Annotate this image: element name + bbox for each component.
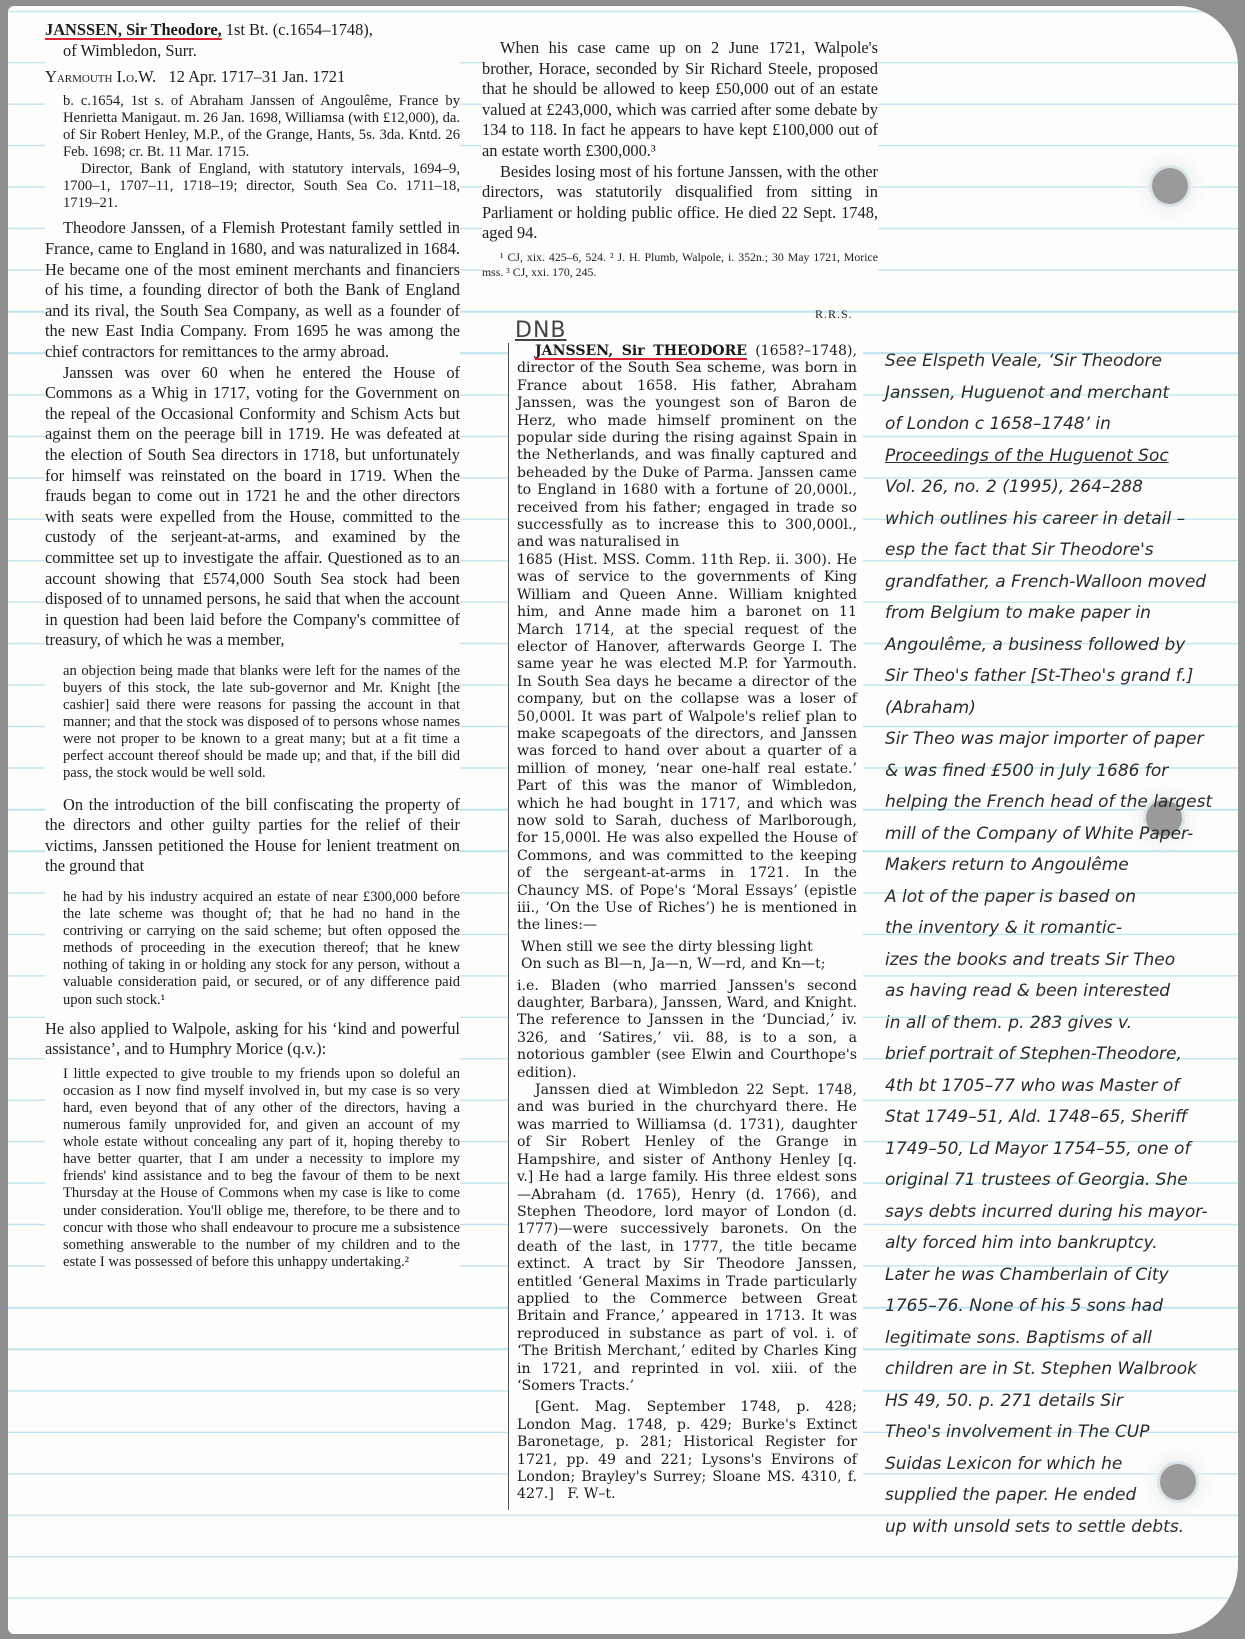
note-line: helping the French head of the largest bbox=[885, 787, 1215, 819]
note-line: the inventory & it romantic- bbox=[885, 913, 1215, 945]
note-line: as having read & been interested bbox=[885, 976, 1215, 1008]
note-line: supplied the paper. He ended bbox=[885, 1480, 1215, 1512]
note-line: says debts incurred during his mayor- bbox=[885, 1197, 1215, 1229]
note-line: Sir Theo's father [St-Theo's grand f.] (… bbox=[885, 661, 1215, 724]
note-line: Vol. 26, no. 2 (1995), 264–288 bbox=[885, 472, 1215, 504]
dnb-clipping: JANSSEN, Sir THEODORE (1658?–1748), dire… bbox=[508, 343, 863, 1510]
note-line: 4th bt 1705–77 who was Master of bbox=[885, 1071, 1215, 1103]
note-line: 1749–50, Ld Mayor 1754–55, one of bbox=[885, 1134, 1215, 1166]
block-quote-1: an objection being made that blanks were… bbox=[45, 663, 460, 783]
note-line: Sir Theo was major importer of paper bbox=[885, 724, 1215, 756]
offices-paragraph: Director, Bank of England, with statutor… bbox=[45, 161, 460, 212]
note-line: See Elspeth Veale, ‘Sir Theodore bbox=[885, 346, 1215, 378]
note-line: original 71 trustees of Georgia. She bbox=[885, 1165, 1215, 1197]
note-line: grandfather, a French-Walloon moved bbox=[885, 567, 1215, 599]
note-line: mill of the Company of White Paper- bbox=[885, 819, 1215, 851]
dnb-paragraph-2: i.e. Bladen (who married Janssen's secon… bbox=[517, 978, 857, 1082]
binder-hole-top bbox=[1152, 168, 1188, 204]
dnb-verse-line-1: When still we see the dirty blessing lig… bbox=[517, 939, 857, 956]
handwritten-note: See Elspeth Veale, ‘Sir Theodore Janssen… bbox=[885, 346, 1215, 1543]
hop-entry-column-1: JANSSEN, Sir Theodore, 1st Bt. (c.1654–1… bbox=[45, 20, 460, 1271]
dnb-heading-paragraph: JANSSEN, Sir THEODORE (1658?–1748), dire… bbox=[517, 343, 857, 552]
author-signature: R.R.S. bbox=[815, 307, 853, 322]
bio-paragraph: b. c.1654, 1st s. of Abraham Janssen of … bbox=[45, 93, 460, 161]
body-paragraph-1: Theodore Janssen, of a Flemish Protestan… bbox=[45, 218, 460, 362]
body-paragraph-6: Besides losing most of his fortune Janss… bbox=[482, 162, 878, 244]
note-line: children are in St. Stephen Walbrook bbox=[885, 1354, 1215, 1386]
dnb-sources: [Gent. Mag. September 1748, p. 428; Lond… bbox=[517, 1399, 857, 1503]
note-line: esp the fact that Sir Theodore's bbox=[885, 535, 1215, 567]
note-line-journal-title: Proceedings of the Huguenot Soc bbox=[885, 441, 1215, 473]
constituency-line: Yarmouth I.o.W. 12 Apr. 1717–31 Jan. 172… bbox=[45, 67, 460, 88]
note-line: which outlines his career in detail – bbox=[885, 504, 1215, 536]
note-line: Makers return to Angoulême bbox=[885, 850, 1215, 882]
note-line: 1765–76. None of his 5 sons had bbox=[885, 1291, 1215, 1323]
dnb-handwritten-label: DNB bbox=[515, 318, 567, 343]
note-line: from Belgium to make paper in bbox=[885, 598, 1215, 630]
body-paragraph-2: Janssen was over 60 when he entered the … bbox=[45, 363, 460, 651]
block-quote-3: I little expected to give trouble to my … bbox=[45, 1066, 460, 1271]
note-line: Angoulême, a business followed by bbox=[885, 630, 1215, 662]
dnb-verse-line-2: On such as Bl—n, Ja—n, W—rd, and Kn—t; bbox=[517, 956, 857, 973]
note-line: Theo's involvement in The CUP bbox=[885, 1417, 1215, 1449]
hop-entry-column-2: When his case came up on 2 June 1721, Wa… bbox=[482, 38, 878, 280]
note-line: alty forced him into bankruptcy. bbox=[885, 1228, 1215, 1260]
note-line: up with unsold sets to settle debts. bbox=[885, 1512, 1215, 1544]
note-line: HS 49, 50. p. 271 details Sir bbox=[885, 1386, 1215, 1418]
dnb-paragraph-1: 1685 (Hist. MSS. Comm. 11th Rep. ii. 300… bbox=[517, 552, 857, 935]
note-line: of London c 1658–1748’ in bbox=[885, 409, 1215, 441]
body-paragraph-5: When his case came up on 2 June 1721, Wa… bbox=[482, 38, 878, 162]
note-line: A lot of the paper is based on bbox=[885, 882, 1215, 914]
body-paragraph-3: On the introduction of the bill confisca… bbox=[45, 795, 460, 877]
note-line: izes the books and treats Sir Theo bbox=[885, 945, 1215, 977]
footnotes: ¹ CJ, xix. 425–6, 524. ² J. H. Plumb, Wa… bbox=[482, 250, 878, 280]
note-line: legitimate sons. Baptisms of all bbox=[885, 1323, 1215, 1355]
note-line: Later he was Chamberlain of City bbox=[885, 1260, 1215, 1292]
block-quote-2: he had by his industry acquired an estat… bbox=[45, 889, 460, 1009]
note-line: & was fined £500 in July 1686 for bbox=[885, 756, 1215, 788]
entry-heading: JANSSEN, Sir Theodore, 1st Bt. (c.1654–1… bbox=[45, 20, 460, 41]
entry-heading-line2: of Wimbledon, Surr. bbox=[45, 41, 460, 62]
note-line: in all of them. p. 283 gives v. bbox=[885, 1008, 1215, 1040]
body-paragraph-4: He also applied to Walpole, asking for h… bbox=[45, 1019, 460, 1060]
note-line: Janssen, Huguenot and merchant bbox=[885, 378, 1215, 410]
note-line: Stat 1749–51, Ald. 1748–65, Sheriff bbox=[885, 1102, 1215, 1134]
note-line: brief portrait of Stephen-Theodore, bbox=[885, 1039, 1215, 1071]
note-line: Suidas Lexicon for which he bbox=[885, 1449, 1215, 1481]
dnb-paragraph-3: Janssen died at Wimbledon 22 Sept. 1748,… bbox=[517, 1082, 857, 1395]
